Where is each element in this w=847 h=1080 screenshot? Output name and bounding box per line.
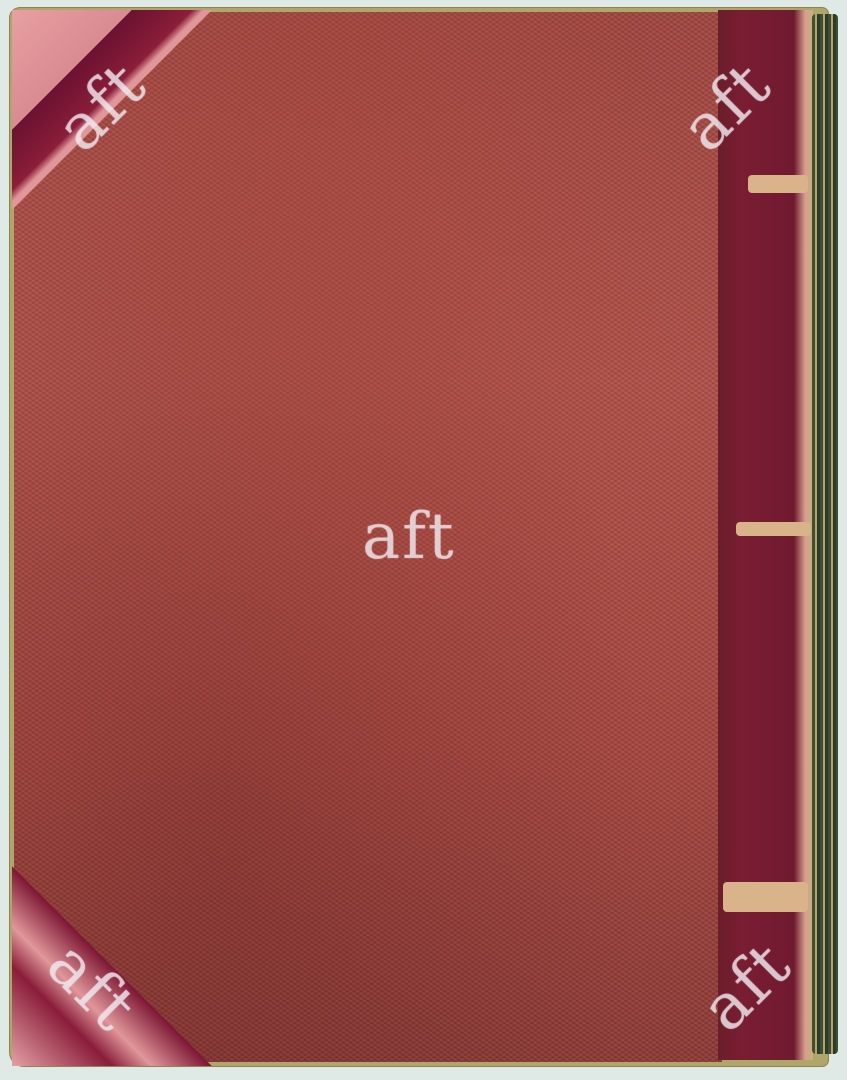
book-cover-photo: aft aft aft aft aft xyxy=(0,0,847,1080)
gilt-edge xyxy=(812,14,838,1054)
leather-spine xyxy=(718,10,813,1060)
cloth-cover xyxy=(14,12,722,1062)
spine-wear xyxy=(736,522,811,536)
spine-wear xyxy=(748,175,808,193)
spine-wear xyxy=(723,882,808,912)
